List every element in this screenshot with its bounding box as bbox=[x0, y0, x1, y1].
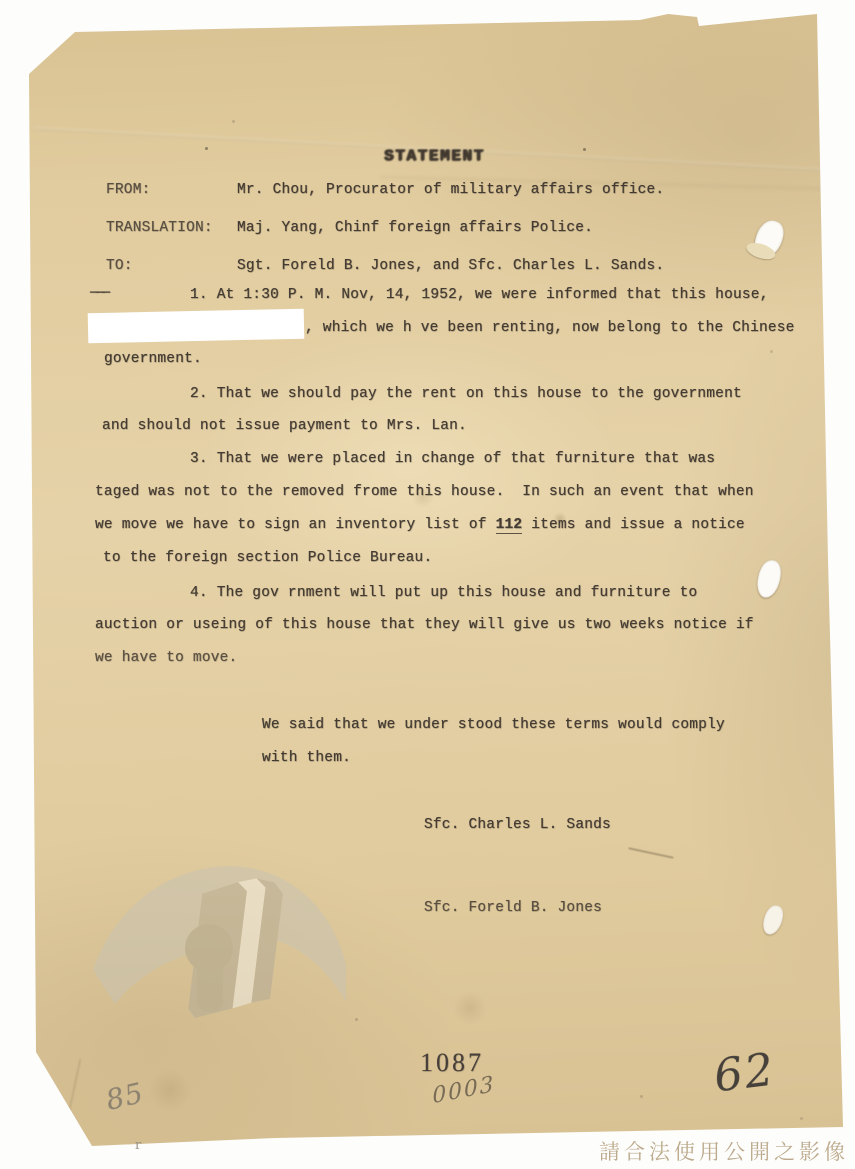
ink-speck bbox=[355, 1018, 358, 1021]
margin-dash: ——— bbox=[90, 284, 107, 302]
paragraph-3-line-3-post: items and issue a notice bbox=[522, 517, 745, 533]
from-value: Mr. Chou, Procurator of military affairs… bbox=[237, 181, 664, 199]
paper-tear-hole bbox=[760, 903, 785, 937]
paragraph-4-line-3: we have to move. bbox=[95, 649, 237, 667]
ink-speck bbox=[583, 148, 586, 151]
ink-speck bbox=[640, 1095, 643, 1098]
handwritten-number-right: 62 bbox=[711, 1042, 778, 1102]
paper-tear-hole bbox=[751, 217, 787, 261]
document-page: STATEMENT FROM: Mr. Chou, Procurator of … bbox=[0, 0, 855, 1169]
to-label: TO: bbox=[106, 257, 133, 275]
paragraph-3-line-3: we move we have to sign an inventory lis… bbox=[95, 516, 745, 534]
translation-value: Maj. Yang, Chinf foreign affairs Police. bbox=[237, 219, 593, 237]
ink-speck bbox=[800, 1117, 803, 1120]
usage-watermark-text: 請合法使用公開之影像 bbox=[599, 1136, 849, 1166]
paragraph-3-line-2: taged was not to the removed frome this … bbox=[95, 483, 754, 501]
ink-speck bbox=[205, 147, 208, 150]
inventory-count-underlined: 112 bbox=[496, 517, 523, 534]
paragraph-2-line-1: 2. That we should pay the rent on this h… bbox=[190, 385, 742, 403]
signature-jones: Sfc. Foreld B. Jones bbox=[424, 899, 602, 917]
paper-fold-corner bbox=[61, 1059, 82, 1147]
closing-line-1: We said that we under stood these terms … bbox=[262, 716, 725, 734]
paragraph-2-line-2: and should not issue payment to Mrs. Lan… bbox=[102, 417, 467, 435]
paper-tear-hole bbox=[755, 558, 783, 599]
signature-sands: Sfc. Charles L. Sands bbox=[424, 816, 611, 834]
paragraph-3-line-3-pre: we move we have to sign an inventory lis… bbox=[95, 517, 496, 533]
from-label: FROM: bbox=[106, 181, 151, 199]
paragraph-3-line-1: 3. That we were placed in change of that… bbox=[190, 450, 715, 468]
scan-background: STATEMENT FROM: Mr. Chou, Procurator of … bbox=[0, 0, 855, 1169]
paragraph-4-line-1: 4. The gov rnment will put up this house… bbox=[190, 584, 697, 602]
paragraph-3-line-4: to the foreign section Police Bureau. bbox=[103, 549, 432, 567]
page-stamp-number: 1087 bbox=[420, 1048, 484, 1078]
paragraph-4-line-2: auction or useing of this house that the… bbox=[95, 616, 754, 634]
redaction-box bbox=[88, 309, 305, 344]
translation-label: TRANSLATION: bbox=[106, 219, 213, 237]
ink-speck bbox=[770, 350, 773, 353]
scan-artifact-mark: r bbox=[135, 1138, 141, 1153]
paragraph-1-line-2: , which we h ve been renting, now belong… bbox=[305, 319, 795, 337]
to-value: Sgt. Foreld B. Jones, and Sfc. Charles L… bbox=[237, 257, 664, 275]
pencil-slash-mark bbox=[628, 847, 673, 859]
ink-speck bbox=[232, 120, 235, 123]
paragraph-1-line-1: 1. At 1:30 P. M. Nov, 14, 1952, we were … bbox=[190, 286, 769, 304]
paragraph-1-line-3: government. bbox=[104, 350, 202, 368]
handwritten-number-left: 85 bbox=[103, 1076, 147, 1117]
closing-line-2: with them. bbox=[262, 749, 351, 767]
archives-books-dome-logo-icon bbox=[93, 852, 348, 1020]
document-title: STATEMENT bbox=[384, 147, 485, 165]
